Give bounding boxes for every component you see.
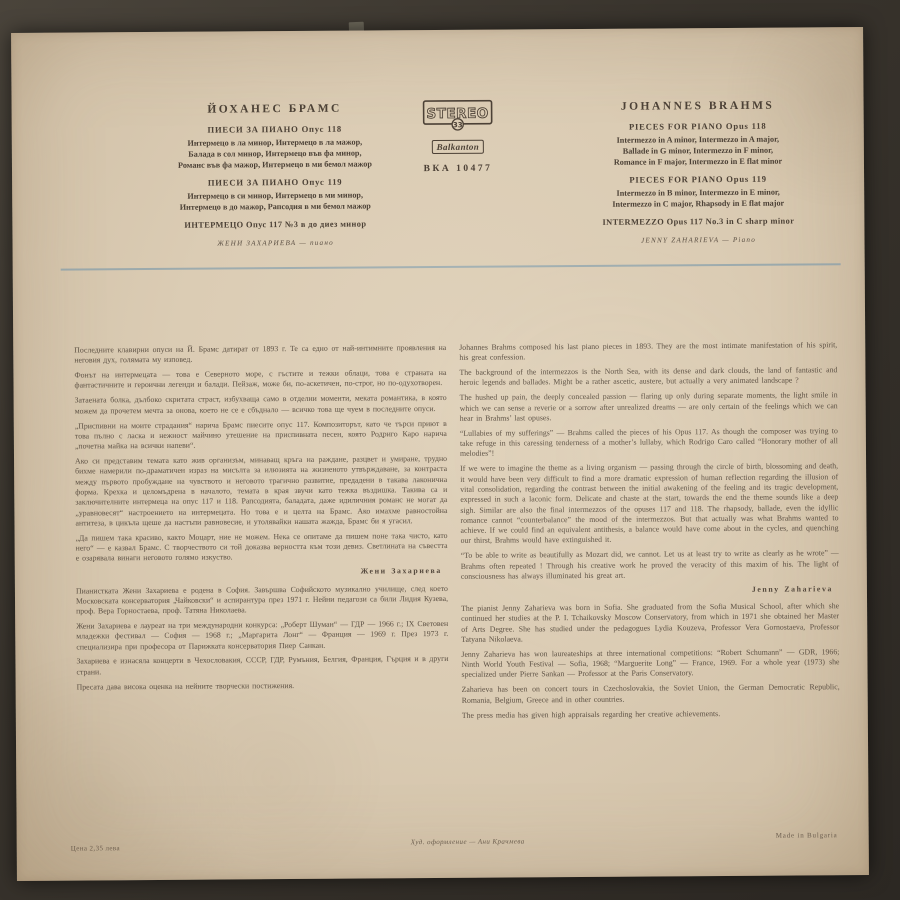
essay-paragraph: Фонът на интермецата — това е Северното … xyxy=(74,368,446,391)
balkanton-label-logo: Balkanton xyxy=(431,140,484,154)
header-english: JOHANNES BRAHMS PIECES FOR PIANO Opus 11… xyxy=(538,99,859,245)
catalog-number: ВКА 10477 xyxy=(421,164,495,175)
composer-title-en: JOHANNES BRAHMS xyxy=(538,99,858,113)
opus119-title-bg: ПИЕСИ ЗА ПИАНО Опус 119 xyxy=(115,176,435,188)
bio-paragraph: The press media has given high appraisal… xyxy=(462,708,840,721)
author-signature-bg: Жени Захариева xyxy=(76,566,442,579)
essay-paragraph: Затаената болка, дълбоко скритата страст… xyxy=(75,393,447,416)
bio-paragraph: The pianist Jenny Zaharieva was born in … xyxy=(461,601,839,645)
liner-notes-english: Johannes Brahms composed his last piano … xyxy=(459,340,840,725)
author-signature-en: Jenny Zaharieva xyxy=(461,584,833,597)
opus118-line: Romance in F major, Intermezzo in E flat… xyxy=(538,155,858,168)
opus117-title-en: INTERMEZZO Opus 117 No.3 in C sharp mino… xyxy=(538,216,858,227)
stereo-logo-icon: STEREO 33 xyxy=(423,100,493,132)
divider-rule xyxy=(61,263,841,270)
essay-paragraph: The background of the intermezzos is the… xyxy=(459,365,837,388)
essay-paragraph: The hushed up pain, the deeply concealed… xyxy=(460,391,838,425)
bio-paragraph: Jenny Zaharieva has won laureateships at… xyxy=(461,647,839,681)
essay-paragraph: Последните клавирни опуси на Й. Брамс да… xyxy=(74,343,446,366)
opus119-line: Intermezzo in C major, Rhapsody in E fla… xyxy=(538,197,858,210)
essay-paragraph: „Да пишем така красиво, както Моцарт, ни… xyxy=(76,531,448,564)
essay-paragraph: Johannes Brahms composed his last piano … xyxy=(459,340,837,363)
opus118-title-bg: ПИЕСИ ЗА ПИАНО Опус 118 xyxy=(115,123,435,135)
record-speed-text: 33 xyxy=(453,121,463,129)
art-design-credit: Худ. оформление — Ани Крачмева xyxy=(358,837,578,847)
opus118-line: Романс във фа мажор, Интермецо в ми бемо… xyxy=(115,158,435,171)
performer-credit-bg: ЖЕНИ ЗАХАРИЕВА — пиано xyxy=(115,238,435,248)
bio-paragraph: Жени Захариева е лауреат на три междунар… xyxy=(76,619,448,652)
opus117-title-bg: ИНТЕРМЕЦО Опус 117 №3 в до диез минор xyxy=(115,219,435,230)
price-label: Цена 2,35 лева xyxy=(71,844,120,852)
opus119-line: Интермецо в до мажор, Рапсодия в ми бемо… xyxy=(115,200,435,213)
record-sleeve-back-cover: ЙОХАНЕС БРАМС ПИЕСИ ЗА ПИАНО Опус 118 Ин… xyxy=(11,27,869,881)
opus118-title-en: PIECES FOR PIANO Opus 118 xyxy=(538,120,858,132)
liner-notes-bulgarian: Последните клавирни опуси на Й. Брамс да… xyxy=(74,343,448,697)
made-in-label: Made in Bulgaria xyxy=(737,831,877,840)
bio-paragraph: Захариева е изнасяла концерти в Чехослов… xyxy=(76,654,448,677)
essay-paragraph: Ако си представим темата като жив органи… xyxy=(75,454,447,529)
record-label-block: STEREO 33 Balkanton ВКА 10477 xyxy=(421,100,496,175)
header-bulgarian: ЙОХАНЕС БРАМС ПИЕСИ ЗА ПИАНО Опус 118 Ин… xyxy=(115,102,436,248)
bio-paragraph: Пианистката Жени Захариева е родена в Со… xyxy=(76,583,448,616)
essay-paragraph: „Приспивни на моите страдания“ нарича Бр… xyxy=(75,419,447,452)
essay-paragraph: “To be able to write as beautifully as M… xyxy=(461,549,839,583)
essay-paragraph: If we were to imagine the theme as a liv… xyxy=(460,462,839,547)
bio-paragraph: Пресата дава висока оценка на нейните тв… xyxy=(77,680,449,693)
performer-credit-en: JENNY ZAHARIEVA — Piano xyxy=(538,235,858,245)
composer-title-bg: ЙОХАНЕС БРАМС xyxy=(115,102,435,116)
opus119-title-en: PIECES FOR PIANO Opus 119 xyxy=(538,173,858,185)
essay-paragraph: “Lullabies of my sufferings” — Brahms ca… xyxy=(460,426,838,460)
bio-paragraph: Zaharieva has been on concert tours in C… xyxy=(462,683,840,706)
